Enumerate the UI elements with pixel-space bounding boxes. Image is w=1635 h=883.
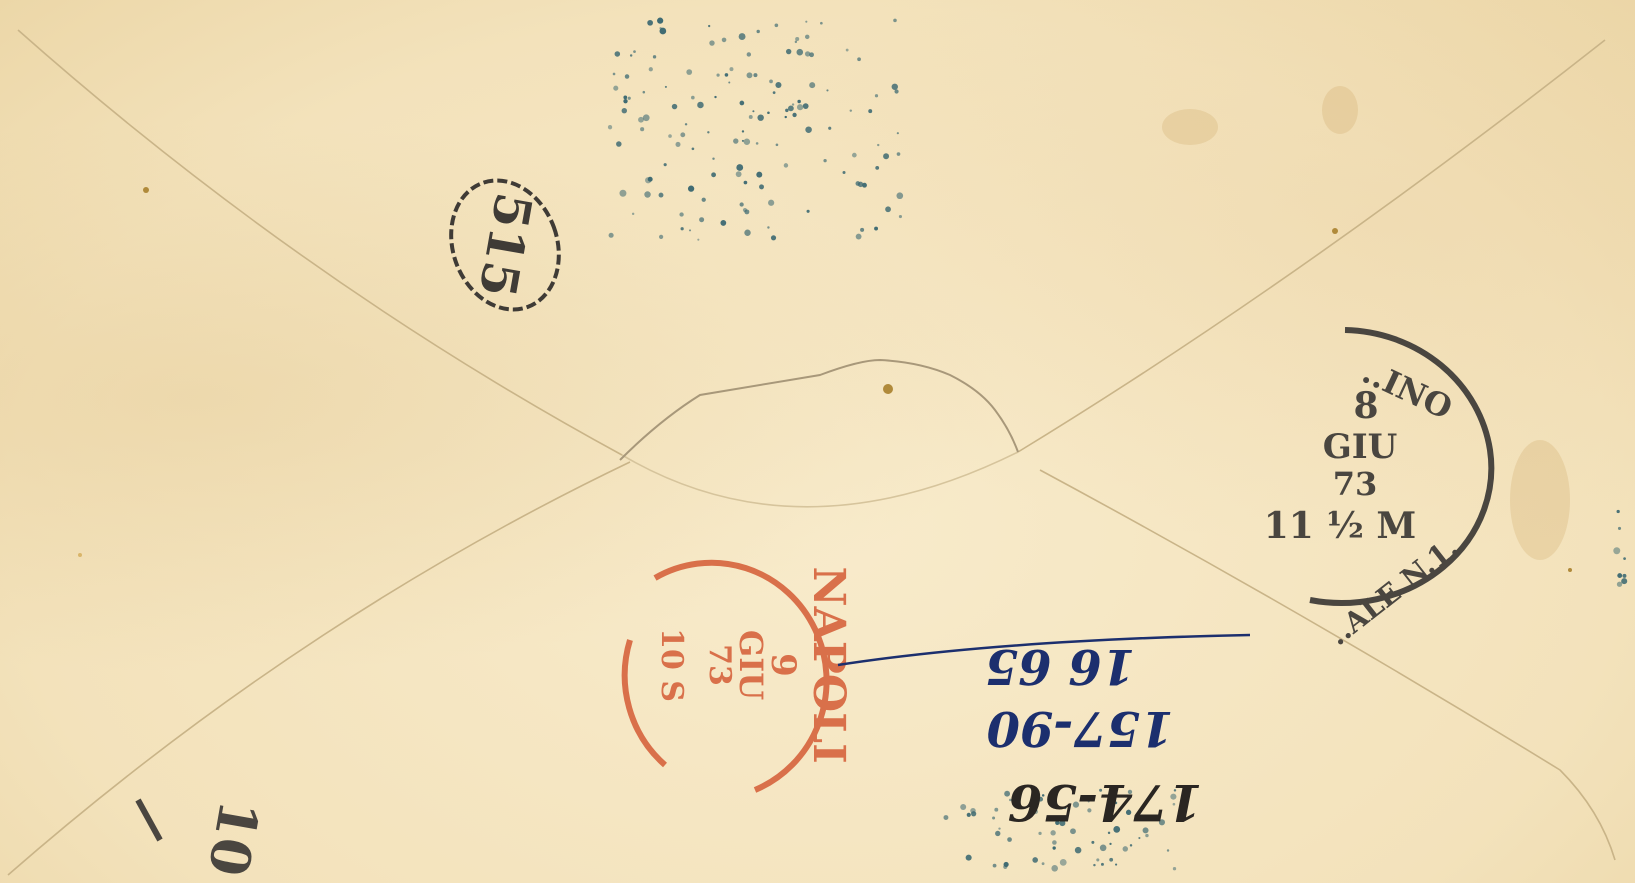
corner-mark: 10 (138, 796, 272, 881)
naples-postmark-time: 10 S (654, 628, 689, 702)
transit-postmark-time: 11 ½ M (1264, 505, 1417, 547)
corner-mark-number: 10 (196, 796, 272, 881)
manuscript-line-2: 157-90 (987, 700, 1174, 756)
naples-postmark-city: NAPOLI (803, 566, 854, 763)
manuscript-line-3: 174-56 (1008, 773, 1203, 832)
manuscript-notes: 16 65 157-90 174-56 (838, 635, 1250, 832)
transit-postmark-year: 73 (1333, 465, 1378, 503)
oval-cancel-postmark: 515 (434, 165, 577, 325)
manuscript-line-1: 16 65 (985, 638, 1135, 694)
transit-postmark: ..INO 8 GIU 73 11 ½ M ..ALE N.1. (1264, 330, 1492, 652)
naples-postmark: NAPOLI 9 GIU 73 10 S (625, 563, 854, 790)
torn-flap-edge (620, 360, 1018, 460)
naples-postmark-year: 73 (702, 644, 737, 686)
transit-postmark-day: 8 (1353, 385, 1378, 427)
envelope-artwork: 515 ..INO 8 GIU 73 11 ½ M ..ALE N.1. NAP… (0, 0, 1635, 883)
transit-postmark-month: GIU (1323, 427, 1398, 467)
transit-postmark-bottom: ..ALE N.1. (1322, 531, 1464, 652)
oval-cancel-number: 515 (467, 189, 543, 302)
